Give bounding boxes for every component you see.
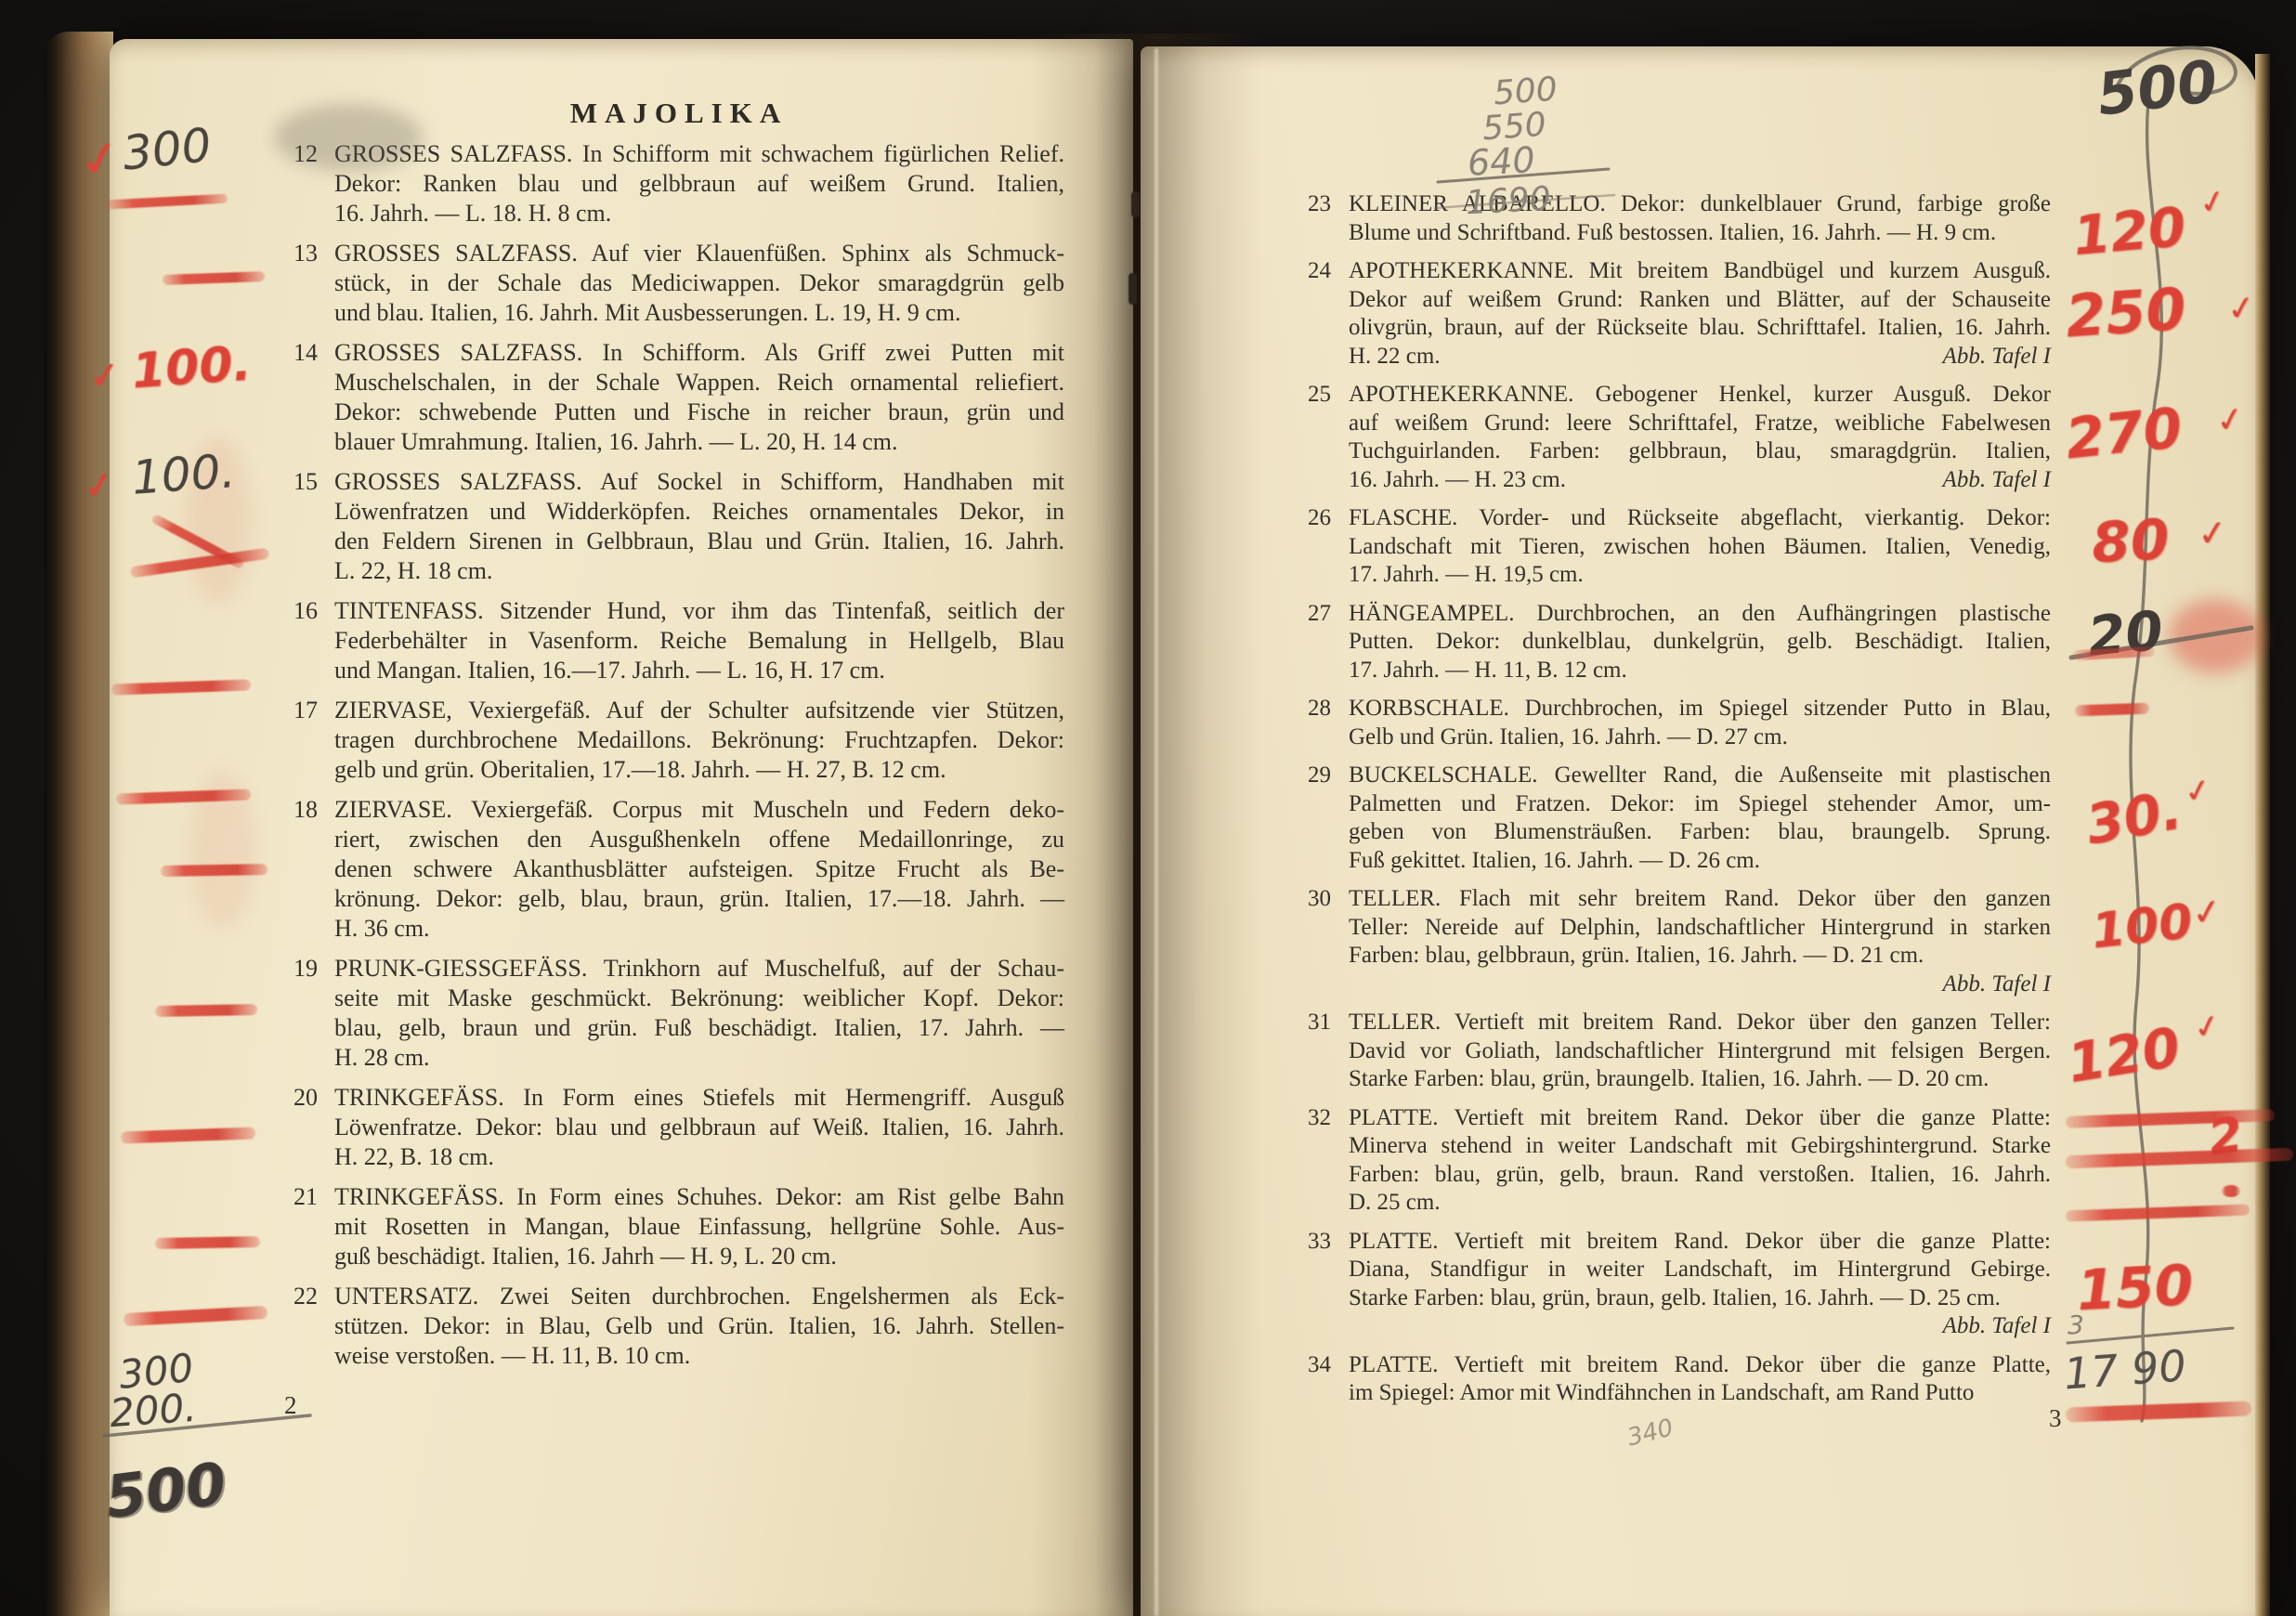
red-dot [2222,1185,2240,1197]
pencil-sum-value: 640 [1467,139,1536,184]
red-check-mark: ✓ [2196,511,2229,554]
pencil-price-1790: 17 90 [2062,1340,2187,1399]
pencil-sum-200: 200. [108,1385,198,1436]
red-check-mark: ✓ [2189,890,2224,934]
pencil-price-100: 100. [130,444,237,505]
red-check-mark: ✓ [81,463,118,509]
red-price-150: 150 [2075,1253,2195,1323]
red-check-mark: ✓ [2224,288,2258,330]
red-price-120: 120 [2070,195,2188,267]
red-price-100: 100 [2089,893,2195,959]
pencil-note-3: 3 [2068,1310,2084,1340]
red-tick-dash [155,1004,257,1017]
red-price-250: 250 [2064,275,2188,351]
pencil-price-300: 300 [120,118,214,181]
red-tick-dash [161,864,267,877]
red-tick-dash [155,1236,260,1249]
pencil-sum-total: 1690 [1465,180,1552,223]
red-price-100: 100. [130,336,253,400]
pencil-strokes [0,0,2296,1616]
red-check-mark: ✓ [87,353,123,398]
red-price-80: 80 [2090,507,2171,576]
auction-catalog-spread: MAJOLIKA 12GROSSES SALZFASS. In Schiffor… [0,0,2296,1616]
red-price-270: 270 [2063,396,2185,473]
